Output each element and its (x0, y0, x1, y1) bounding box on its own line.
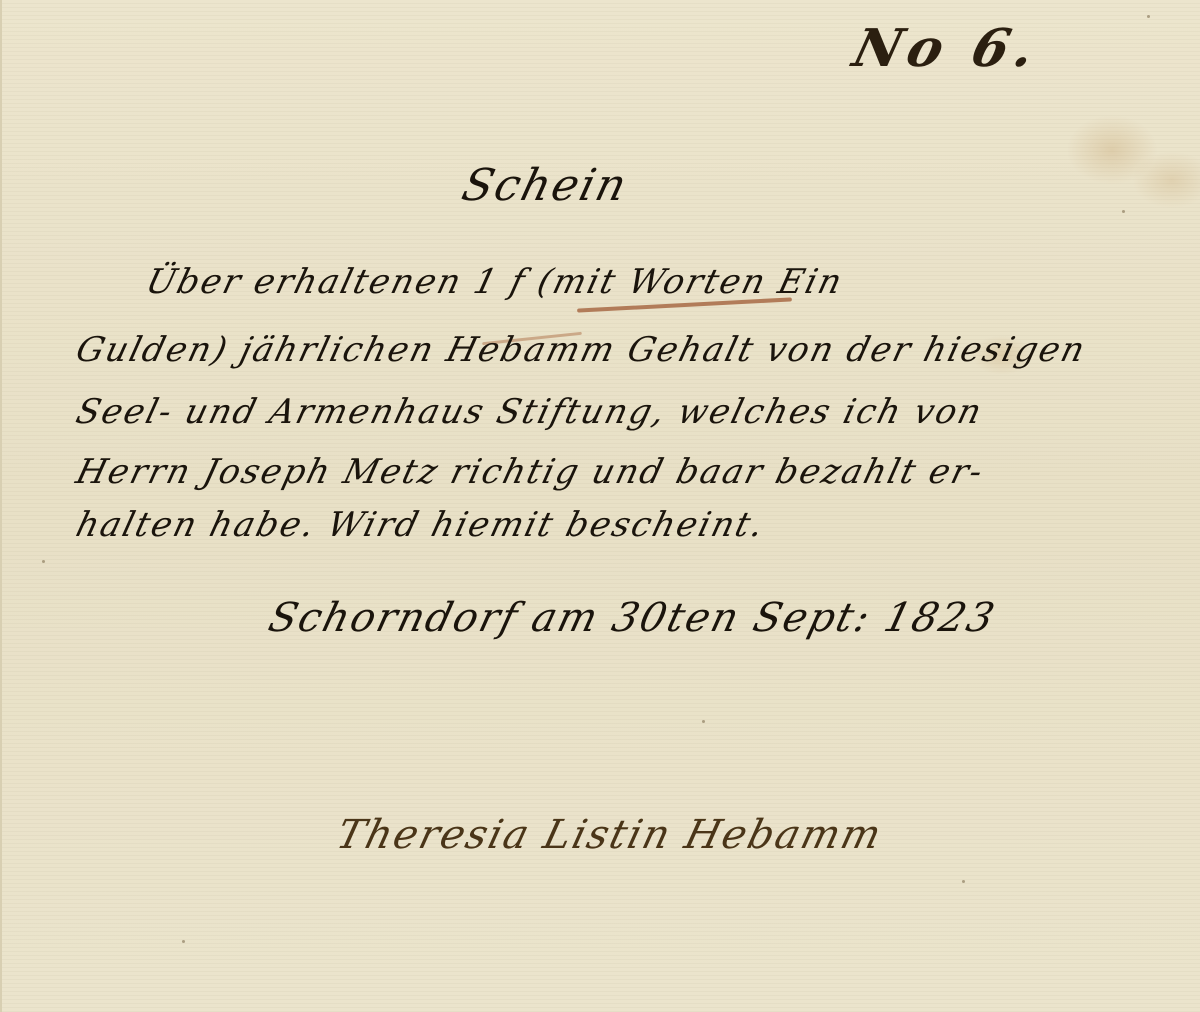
body-line-2: Gulden) jährlichen Hebamm Gehalt von der… (72, 330, 1090, 370)
body-line-3: Seel- und Armenhaus Stiftung, welches ic… (72, 392, 987, 432)
body-line-1: Über erhaltenen 1 f (mit Worten Ein (142, 262, 848, 302)
paper-speck (182, 940, 185, 943)
place-date-line: Schorndorf am 30ten Sept: 1823 (264, 595, 1001, 641)
paper-speck (702, 720, 705, 723)
body-line-5: halten habe. Wird hiemit bescheint. (72, 505, 769, 545)
paper-speck (962, 880, 965, 883)
document-number: No 6. (847, 18, 1047, 79)
paper-speck (42, 560, 45, 563)
paper-speck (1122, 210, 1125, 213)
body-line-4: Herrn Joseph Metz richtig und baar bezah… (72, 452, 989, 492)
paper-speck (1147, 15, 1150, 18)
document-title: Schein (457, 160, 633, 211)
document-page: No 6. Schein Über erhaltenen 1 f (mit Wo… (0, 0, 1200, 1012)
signature: Theresia Listin Hebamm (332, 812, 887, 858)
